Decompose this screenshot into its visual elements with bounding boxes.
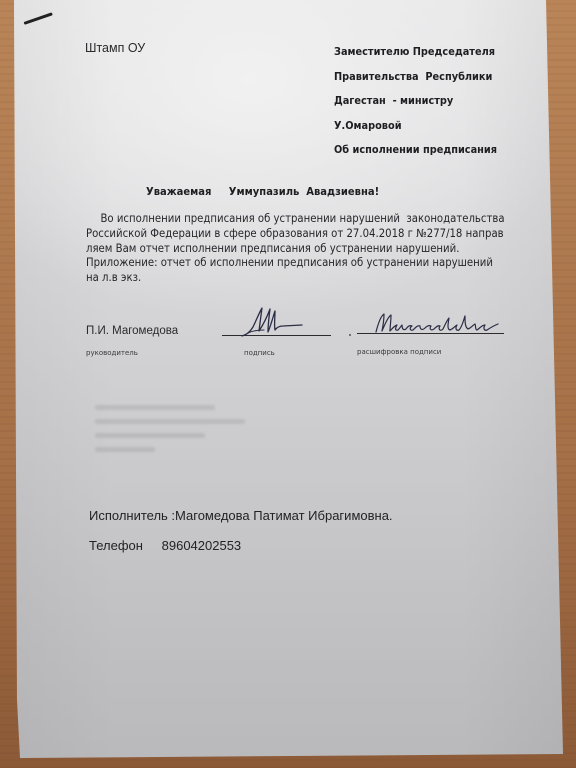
addressee-line: Заместителю Председателя bbox=[334, 40, 497, 65]
attachment-line: на л.в экз. bbox=[86, 271, 505, 286]
addressee-line: Дагестан - министру bbox=[334, 89, 497, 114]
phone-number: 89604202553 bbox=[162, 538, 242, 553]
reverse-side-show-through bbox=[95, 405, 355, 475]
handwritten-signature-icon bbox=[240, 305, 310, 339]
body-line: Российской Федерации в сфере образования… bbox=[86, 227, 505, 242]
greeting: Уважаемая Уммупазиль Авадзиевна! bbox=[146, 186, 379, 198]
phone-label: Телефон bbox=[89, 538, 158, 553]
role-label: руководитель bbox=[86, 349, 138, 357]
phone-row: Телефон 89604202553 bbox=[89, 538, 241, 553]
signer-name: П.И. Магомедова bbox=[86, 325, 178, 337]
subject-line: Об исполнении предписания bbox=[334, 138, 497, 163]
letter-body: Во исполнении предписания об устранении … bbox=[86, 212, 505, 286]
addressee-line: У.Омаровой bbox=[334, 114, 497, 139]
executor-line: Исполнитель :Магомедова Патимат Ибрагимо… bbox=[89, 508, 393, 523]
addressee-block: Заместителю Председателя Правительства Р… bbox=[334, 40, 497, 163]
signature-decoding-label: расшифровка подписи bbox=[357, 348, 441, 356]
stamp-label: Штамп ОУ bbox=[85, 41, 145, 55]
addressee-line: Правительства Республики bbox=[334, 65, 497, 90]
dot-mark bbox=[349, 334, 351, 336]
body-line: Во исполнении предписания об устранении … bbox=[86, 212, 505, 227]
attachment-line: Приложение: отчет об исполнении предписа… bbox=[86, 256, 505, 271]
signature-label: подпись bbox=[244, 349, 275, 357]
body-line: ляем Вам отчет исполнении предписания об… bbox=[86, 242, 505, 257]
handwritten-name-icon bbox=[372, 310, 504, 336]
